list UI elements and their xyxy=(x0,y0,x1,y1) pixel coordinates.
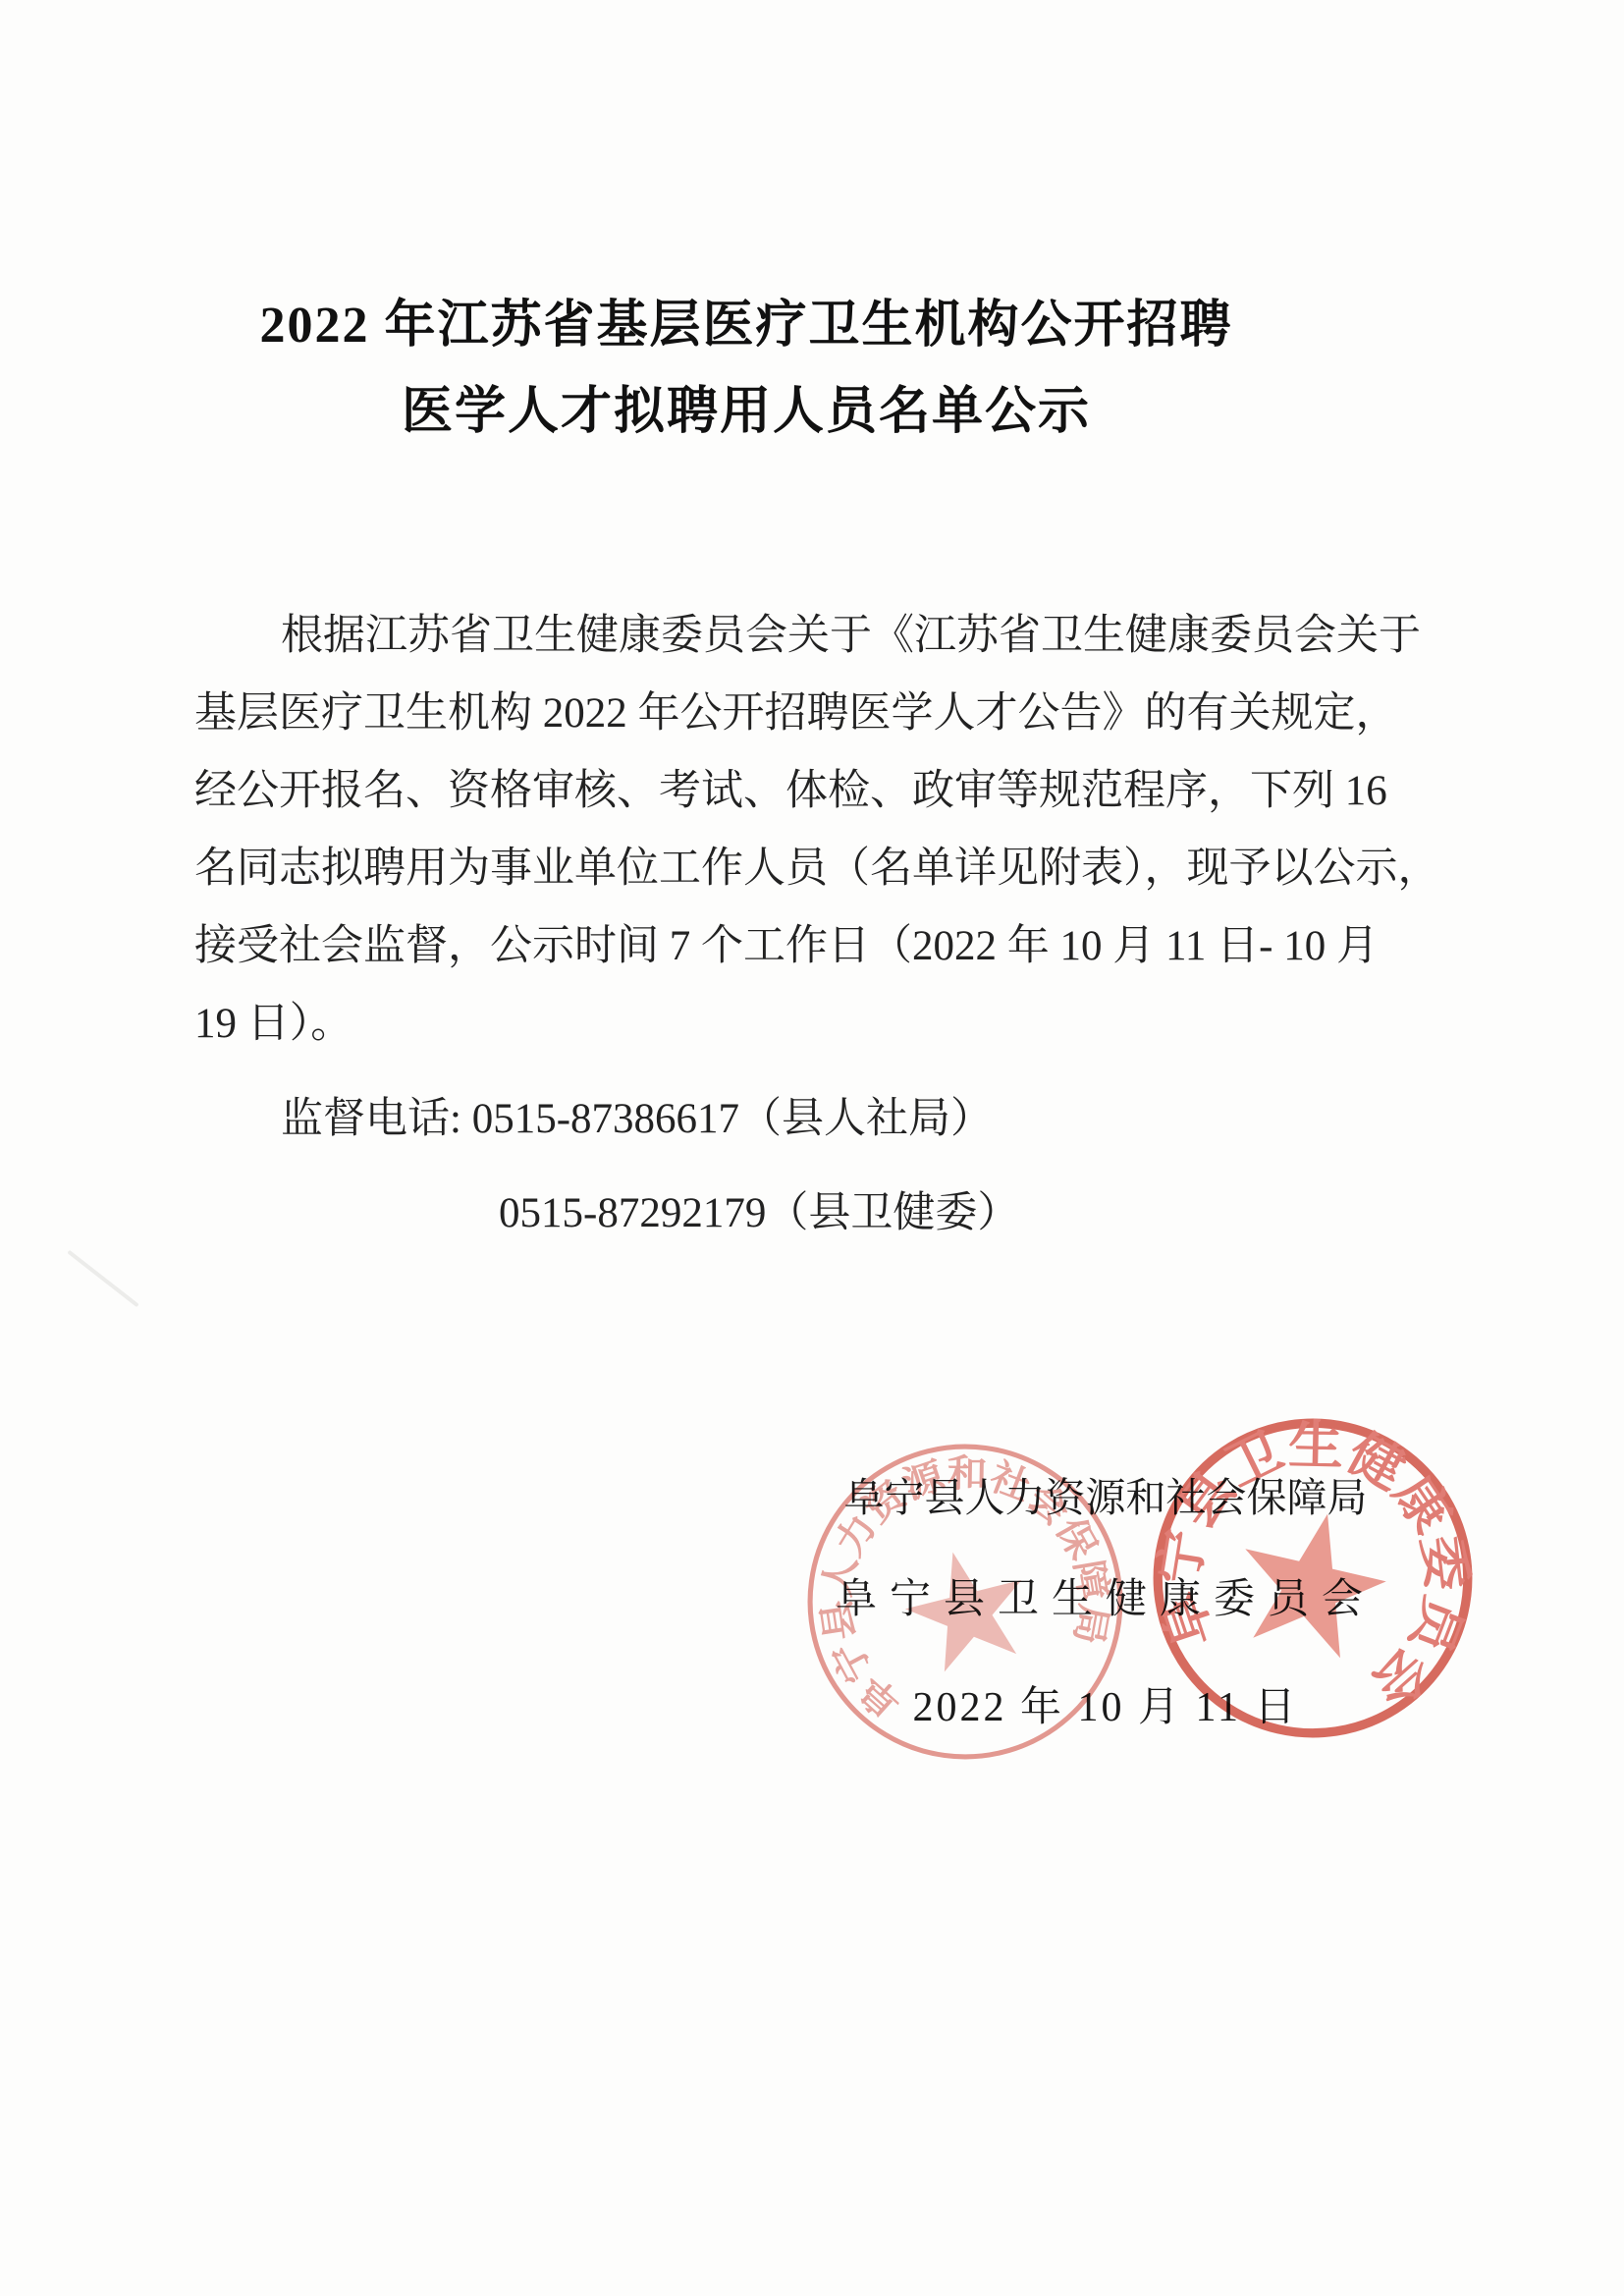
document-body: 根据江苏省卫生健康委员会关于《江苏省卫生健康委员会关于 基层医疗卫生机构 202… xyxy=(194,597,1457,1252)
body-paragraph-line: 根据江苏省卫生健康委员会关于《江苏省卫生健康委员会关于 xyxy=(194,597,1457,675)
scan-fold-artifact xyxy=(67,1250,138,1308)
body-paragraph-line: 19 日）。 xyxy=(194,985,1457,1063)
document-title: 2022 年江苏省基层医疗卫生机构公开招聘 医学人才拟聘用人员名单公示 xyxy=(128,283,1365,456)
star-icon xyxy=(1226,1498,1398,1664)
star-icon xyxy=(894,1538,1039,1677)
body-paragraph-line: 经公开报名、资格审核、考试、体检、政审等规范程序，下列 16 xyxy=(194,752,1457,830)
document-title-line2: 医学人才拟聘用人员名单公示 xyxy=(128,369,1365,456)
supervision-phone-line2: 0515-87292179（县卫健委） xyxy=(194,1175,1457,1252)
announcement-document: 2022 年江苏省基层医疗卫生机构公开招聘 医学人才拟聘用人员名单公示 根据江苏… xyxy=(0,0,1624,2296)
body-paragraph-line: 基层医疗卫生机构 2022 年公开招聘医学人才公告》的有关规定， xyxy=(194,675,1457,752)
body-paragraph-line: 接受社会监督，公示时间 7 个工作日（2022 年 10 月 11 日- 10 … xyxy=(194,907,1457,985)
supervision-phone-line1: 监督电话: 0515-87386617（县人社局） xyxy=(194,1080,1457,1158)
hrss-bureau-seal-stamp: 阜宁县人力资源和社会保障局 xyxy=(805,1442,1125,1762)
document-title-line1: 2022 年江苏省基层医疗卫生机构公开招聘 xyxy=(128,283,1365,369)
body-paragraph-line: 名同志拟聘用为事业单位工作人员（名单详见附表），现予以公示， xyxy=(194,830,1457,907)
health-commission-seal-stamp: 阜宁县卫生健康委员会 xyxy=(1151,1416,1475,1740)
